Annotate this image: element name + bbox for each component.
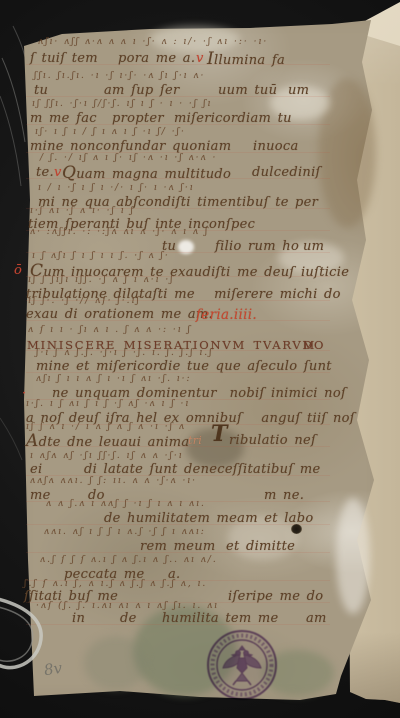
neume-row: ı / ı ·ʃ ı ʃ ı ·/· ı ʃ· ı ·ʌ ʃ·ı xyxy=(38,183,195,193)
neume-row: ʌʌʃʌ ʌʌı. ʃ ʃ: ıı. ʌ ʌ ·ʃ·ʌ ·ı· xyxy=(30,476,197,486)
neume-row: ʌ ʌ ʃ.ʌ ı ʌʌʃ ʃ ·ı ʃ ı ʌ ı ʌı. xyxy=(46,499,206,509)
neume-row: ıʃ ʃʃı. ·ʃ·ı ʃ/ʃ·ʃ. ıʃ ı ʃ · ı · ·ʃ ʃı xyxy=(32,99,212,109)
text-segment: de humilitatem meam et labo xyxy=(104,512,313,526)
text-segment: am xyxy=(306,612,327,626)
text-segment: ei xyxy=(30,463,42,477)
text-segment: pora me a. xyxy=(118,52,195,66)
folio-number: 8v xyxy=(43,659,63,679)
text-segment: exau di orationem me am. xyxy=(26,308,213,322)
neume-row: ·ʌſ (ʃ. ʃ. ı.ʌı ʌı ʌ ı ʌʃ ʃı. ı. ʌı xyxy=(36,601,219,611)
red-versicle-mark: v xyxy=(196,52,204,66)
manuscript-line: tuam ſup ſeruum tuūum xyxy=(0,84,400,100)
rubric-feria: feria.iiii. xyxy=(196,308,257,322)
neume-row: ʃ.ʃ ſ ʌ.ı ʃ, ʌ ı.ʃ ʌ ʃ.ʃ ʌ ʃ.ʃ ʌ, ı. xyxy=(24,579,207,589)
text-segment: miſericordiam tu xyxy=(174,112,292,126)
text-segment: um xyxy=(303,240,324,254)
neume-row: ʌʃı· ʌʃʃ ʌ·ʌ ʌ ʌ ı ·ʃ· ʌ : ı/· ·ʃ ʌı ·:·… xyxy=(38,37,268,47)
neume-row: ıʃ ʃ ʌ ı ·/ ı ʌ ʃ ʌ ʃ ʌ ·ı ·ʃ ʌ xyxy=(26,422,186,432)
neume-row: ıʃ ʃ ʃıʃı ıʃʃ. ·ʃ ʌ ʃ ı ʌ·ı ·ʃ xyxy=(28,275,175,285)
neume-row: ʃ·ı ʃ ʌ ʃ.ʃ. ·ʃ·ı ʃ ·ʃ. ı. ʃ. ʃ.ʃ ı.ʃ xyxy=(36,348,214,358)
manuscript-line: rem meumet dimitte xyxy=(0,540,400,556)
neume-row: ʌʌı. ʌʃ ı ʃ ʃ ı ʌ.ʃ ·ʃ ʃ ı ʌʌı: xyxy=(44,527,206,537)
text-segment: ribulatio neſ xyxy=(229,434,316,448)
neume-row: ıʃ ʃ·. ·ʃ ·// ʌſ· ʃ·.ıʃ xyxy=(28,296,141,306)
text-segment: Adte dne leuaui anima xyxy=(26,434,189,450)
neume-row: ʌʃı ʃ ı ı ʌ ʃ ı ·ı ʃ ʌı ·ʃ. ı·: xyxy=(36,374,192,384)
manuscript-line: m me facproptermiſericordiam tu xyxy=(0,112,400,128)
library-stamp xyxy=(205,628,279,702)
neume-row: ʌ· :ʌʃʃı. ·: ·:ʃʌ ʌı ʌ ·ʃ· ʌ ı ʌ ʃ xyxy=(30,227,209,237)
text-segment: de xyxy=(120,612,137,626)
text-segment: rem meum xyxy=(140,540,216,554)
neume-row: ı·ʃ ʌı ·ʃ ʌ ı· ·ʃ ı ʃ xyxy=(30,206,135,216)
text-segment: humilita tem me xyxy=(162,612,279,626)
worm-hole xyxy=(291,524,302,534)
neume-row: ı·ʃ. ı ʃ ʌı ʃ ı ʃ ·ʃ ʌʃ ·ʌ ı ʃ ·ı xyxy=(26,399,190,409)
neume-row: / ʃ. ·/ ıʃ ʌ ı ʃ· ıʃ ·ʌ ·ı ·ʃ ʌ·ʌ · xyxy=(40,153,217,163)
manuscript-line: te.vQuam magna multitudodulcediniſ xyxy=(0,166,400,182)
manuscript-line: ſ tuiſ tempora me a.vIllumina fa xyxy=(0,52,400,68)
text-segment: filio rum ho xyxy=(215,240,299,254)
text-segment: T xyxy=(211,427,228,441)
text-segment: m ne. xyxy=(264,489,304,503)
text-segment: et dimitte xyxy=(226,540,295,554)
neume-row: ı ʃ ʌʃı ʃ ı ʃ ı ı ʃ. ·ʃ ʌ ʃ· xyxy=(32,251,170,261)
red-versicle-mark: ō xyxy=(14,264,22,278)
text-segment: m me fac xyxy=(30,112,97,126)
text-segment: Illumina fa xyxy=(207,52,285,68)
neume-row: ʌ.ʃ ſ ʃ ſ ʌ.ı ʃ ʌ ʃ.ı ʌ ʃ.. ʌı ʌ/. xyxy=(40,555,218,565)
text-segment: tu xyxy=(34,84,48,98)
text-segment: tri xyxy=(188,434,202,448)
text-segment: ſ tuiſ tem xyxy=(30,52,98,66)
text-segment: um xyxy=(288,84,309,98)
text-segment: iſeripe me do xyxy=(228,590,323,604)
text-segment: mine et miſericordie tue que aſeculo ſun… xyxy=(36,360,332,374)
text-segment: te. xyxy=(36,166,54,180)
text-segment: in xyxy=(72,612,85,626)
neume-row: ʃʃı. ʃı.ʃı. ·ı ·ʃ ı·ʃ· ·ʌ ʃı ʃ·ı ʌ· xyxy=(34,71,205,81)
text-segment: propter xyxy=(112,112,164,126)
neume-row: ʌ ſ ı ı · ʃı ʌ ı . ʃ ʌ ʌ ·: ·ı ʃ xyxy=(28,325,192,335)
text-segment: inuoca xyxy=(253,140,299,154)
text-segment: uum tuū xyxy=(218,84,277,98)
text-segment: mine nonconfundar quoniam xyxy=(30,140,231,154)
text-segment: Quam magna multitudo xyxy=(62,166,231,182)
manuscript-line: Adte dne leuaui animatriTribulatio neſ xyxy=(0,434,400,450)
manuscript-photo: ʌʃı· ʌʃʃ ʌ·ʌ ʌ ʌ ı ·ʃ· ʌ : ı/· ·ʃ ʌı ·:·… xyxy=(0,0,400,718)
text-segment: per xyxy=(295,196,318,210)
manuscript-line: de humilitatem meam et labo xyxy=(0,512,400,528)
text-segment: DO xyxy=(303,338,325,352)
manuscript-line: indehumilita tem meam xyxy=(0,612,400,628)
text-segment: dulcediniſ xyxy=(252,166,321,180)
manuscript-line: exau di orationem me am.feria.iiii. xyxy=(0,308,400,324)
text-segment: di latate ſunt deneceſſitatibuſ me xyxy=(84,463,321,477)
red-versicle-mark: v xyxy=(54,166,62,180)
neume-row: ıʃ· ı ʃ ı / ʃ ı ʌ ı ʃ ·ı ʃ/ ·ʃ· xyxy=(35,127,186,137)
text-segment: am ſup ſer xyxy=(104,84,180,98)
neume-row: ı ʌʃʌ ʌʃ ·ʃı ʃʃ·ʃ. ıʃ ʌ ʌ ·ʃ·ı xyxy=(30,451,184,461)
